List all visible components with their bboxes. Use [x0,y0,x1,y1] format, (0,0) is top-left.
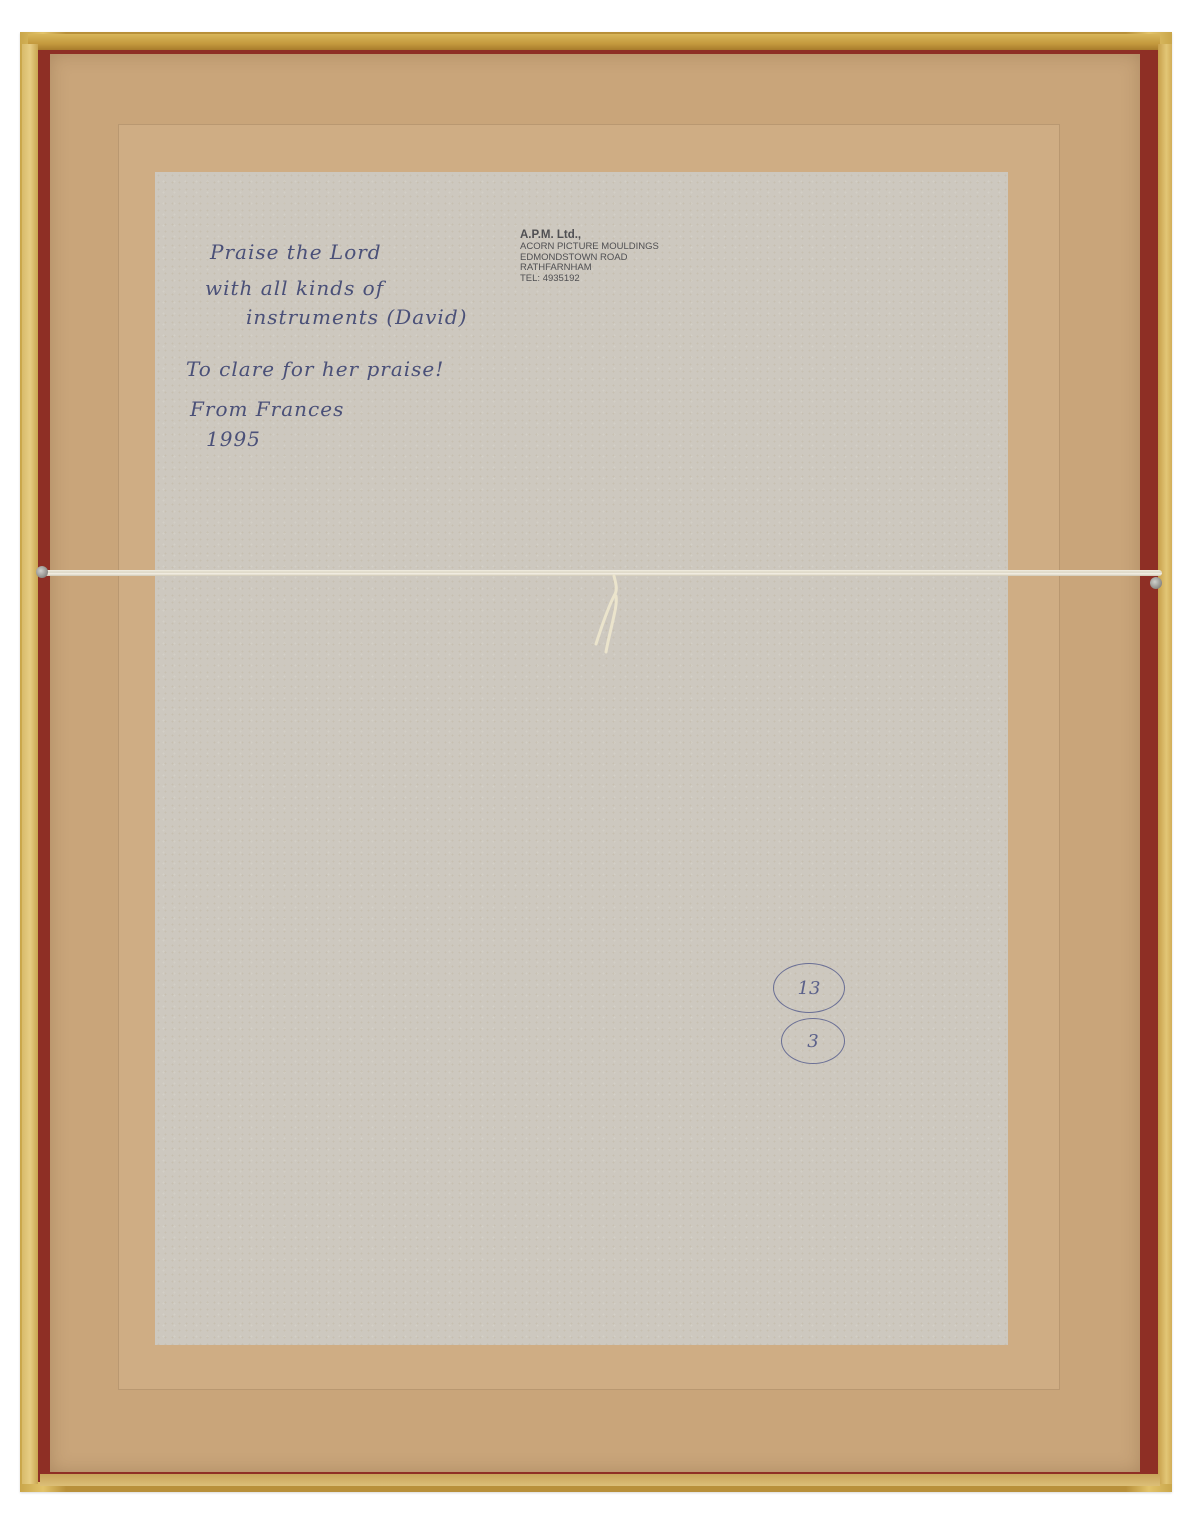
framer-stamp: A.P.M. Ltd., ACORN PICTURE MOULDINGS EDM… [520,229,659,284]
inscription-line-4: To clare for her praise! [186,357,444,381]
right-screw-eye-icon [1150,577,1162,589]
left-screw-eye-icon [36,566,48,578]
wire-knot-icon [592,574,632,664]
inscription-line-1: Praise the Lord [210,240,382,264]
inscription-line-5: From Frances [190,397,344,421]
grey-backing-board [155,172,1008,1345]
inscription-line-2: with all kinds of [205,276,384,300]
framer-name: ACORN PICTURE MOULDINGS [520,242,659,253]
lot-mark-upper-text: 13 [798,978,821,999]
frame-right-gilt [1158,44,1172,1484]
frame-top-gilt [28,34,1160,50]
lot-mark-upper: 13 [773,963,845,1013]
frame-left-gilt [22,44,38,1484]
framer-phone: TEL: 4935192 [520,274,659,285]
lot-mark-lower-text: 3 [807,1031,818,1052]
inscription-line-3: instruments (David) [246,305,467,329]
frame-bottom-gilt [40,1474,1160,1486]
framer-area: RATHFARNHAM [520,263,659,274]
lot-mark-lower: 3 [781,1018,845,1064]
inscription-line-6: 1995 [206,427,261,451]
